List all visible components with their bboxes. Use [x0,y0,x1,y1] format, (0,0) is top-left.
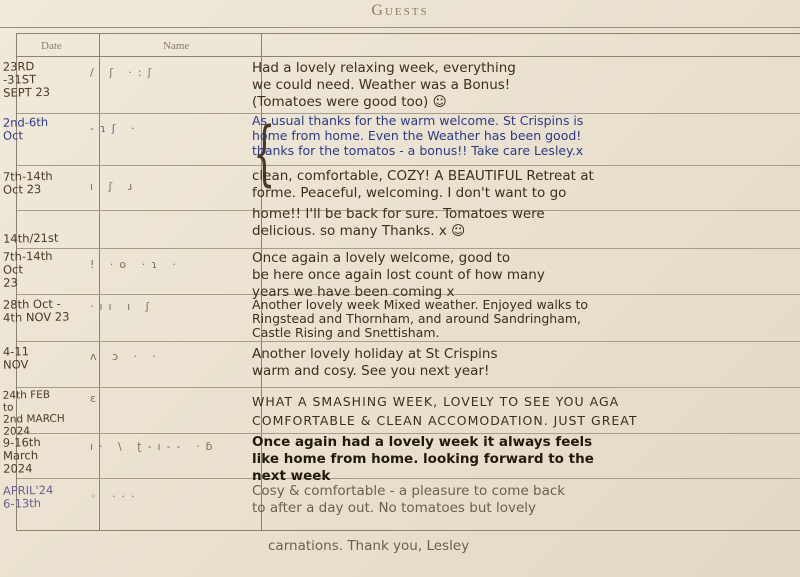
overflow-comment: carnations. Thank you, Lesley [268,538,469,554]
page-title: Guests [0,2,800,20]
entry-date: 28th Oct - 4th NOV 23 [3,297,83,324]
entry-name: ı· \ ʈ-ı-- ·ɓ [90,440,240,453]
header-rule [17,56,800,57]
entry-comment: Another lovely holiday at St Crispins wa… [252,346,792,380]
entry-name: ·ıı ı ʃ [90,300,240,313]
entry-date: 14th/21st [3,231,83,245]
entry-comment: As usual thanks for the warm welcome. St… [252,113,792,158]
row-divider [17,165,800,166]
entry-date: 7th-14th Oct 23 [3,169,83,196]
entry-name: ʌ ɔ · · [90,350,240,363]
row-divider [17,341,800,342]
entry-date: 24th FEB to 2nd MARCH 2024 [3,388,84,437]
entry-comment: Once again a lovely welcome, good to be … [252,250,792,301]
entry-date: 2nd-6th Oct [3,115,83,142]
entry-name: / ʃ ·:ʃ [90,66,240,79]
entry-date: 23RD -31ST SEPT 23 [3,59,84,99]
entry-comment: home!! I'll be back for sure. Tomatoes w… [252,206,792,240]
entry-comment: Once again had a lovely week it always f… [252,434,792,485]
entry-date: APRIL'24 6-13th [3,483,83,510]
entry-comment: clean, comfortable, COZY! A BEAUTIFUL Re… [252,168,792,202]
entry-name: -ɿʃ · [90,122,240,135]
column-header-date: Date [41,40,62,52]
row-divider [17,387,800,388]
entry-name: ! ·o ·ɿ · [90,258,240,271]
row-divider [17,248,800,249]
top-rule [0,27,800,28]
entry-name: ı ʃ ɹ [90,180,240,193]
column-header-name: Name [163,40,189,52]
entry-comment: Had a lovely relaxing week, everything w… [252,60,792,111]
entry-name: ◦ ··· [90,490,240,503]
entry-date: 9-16th March 2024 [3,435,84,475]
entry-comment: Cosy & comfortable - a pleasure to come … [252,483,792,517]
entry-comment: WHAT A SMASHING WEEK, LOVELY TO SEE YOU … [252,392,792,430]
entry-date: 4-11 NOV [3,344,83,371]
entry-name: ɛ [90,392,240,405]
entry-date: 7th-14th Oct 23 [3,249,84,289]
entry-comment: Another lovely week Mixed weather. Enjoy… [252,298,792,340]
column-divider [99,34,100,530]
